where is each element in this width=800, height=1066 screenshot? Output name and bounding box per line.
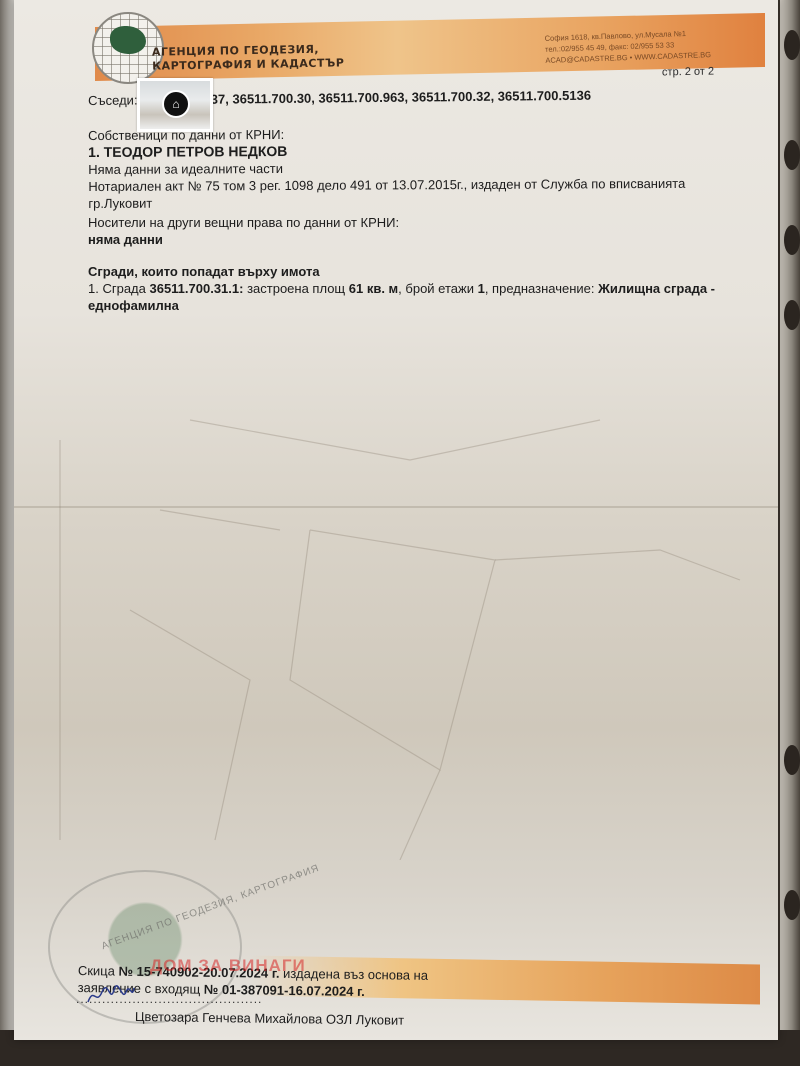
deed-info: Нотариален акт № 75 том 3 рег. 1098 дело… bbox=[88, 175, 685, 195]
other-rights-value: няма данни bbox=[88, 231, 399, 248]
deed-office: гр.Луковит bbox=[88, 192, 685, 212]
neighbors-label: Съседи: bbox=[88, 92, 138, 108]
agency-name: Агенция по геодезия, картография и кадас… bbox=[152, 42, 345, 73]
binder-hole bbox=[784, 890, 800, 920]
buildings-section: Сгради, които попадат върху имота 1. Сгр… bbox=[88, 263, 715, 314]
building-purpose-cont: еднофамилна bbox=[88, 297, 715, 314]
buildings-heading: Сгради, които попадат върху имота bbox=[88, 263, 715, 280]
page-number: стр. 2 от 2 bbox=[662, 66, 714, 79]
other-rights-section: Носители на други вещни права по данни о… bbox=[88, 214, 399, 248]
agency-contact: София 1618, кв.Павлово, ул.Мусала №1 тел… bbox=[544, 27, 711, 66]
cadastral-sketch-faint bbox=[40, 380, 760, 860]
signature-icon bbox=[86, 982, 136, 1008]
binder-hole bbox=[784, 140, 800, 170]
building-item: 1. Сграда 36511.700.31.1: застроена площ… bbox=[88, 280, 715, 297]
building-area: 61 кв. м bbox=[349, 281, 398, 296]
watermark-text: ДОМ ЗА ВИНАГИ bbox=[150, 956, 306, 976]
bulgaria-map-icon bbox=[110, 26, 146, 54]
background-binder-edge bbox=[780, 0, 800, 1066]
binder-hole bbox=[784, 300, 800, 330]
building-id: 36511.700.31.1: bbox=[149, 281, 243, 296]
other-rights-heading: Носители на други вещни права по данни о… bbox=[88, 214, 399, 231]
owners-section: Собственици по данни от КРНИ: 1. ТЕОДОР … bbox=[88, 124, 685, 212]
house-hands-icon: ⌂ bbox=[162, 90, 190, 118]
building-floors: 1 bbox=[478, 281, 485, 296]
binder-hole bbox=[784, 30, 800, 60]
neighbors-values: 37, 36511.700.30, 36511.700.963, 36511.7… bbox=[211, 88, 591, 107]
building-purpose: Жилищна сграда - bbox=[598, 281, 715, 296]
binder-hole bbox=[784, 745, 800, 775]
binder-hole bbox=[784, 225, 800, 255]
overlay-thumbnail[interactable]: ⌂ bbox=[137, 78, 213, 132]
